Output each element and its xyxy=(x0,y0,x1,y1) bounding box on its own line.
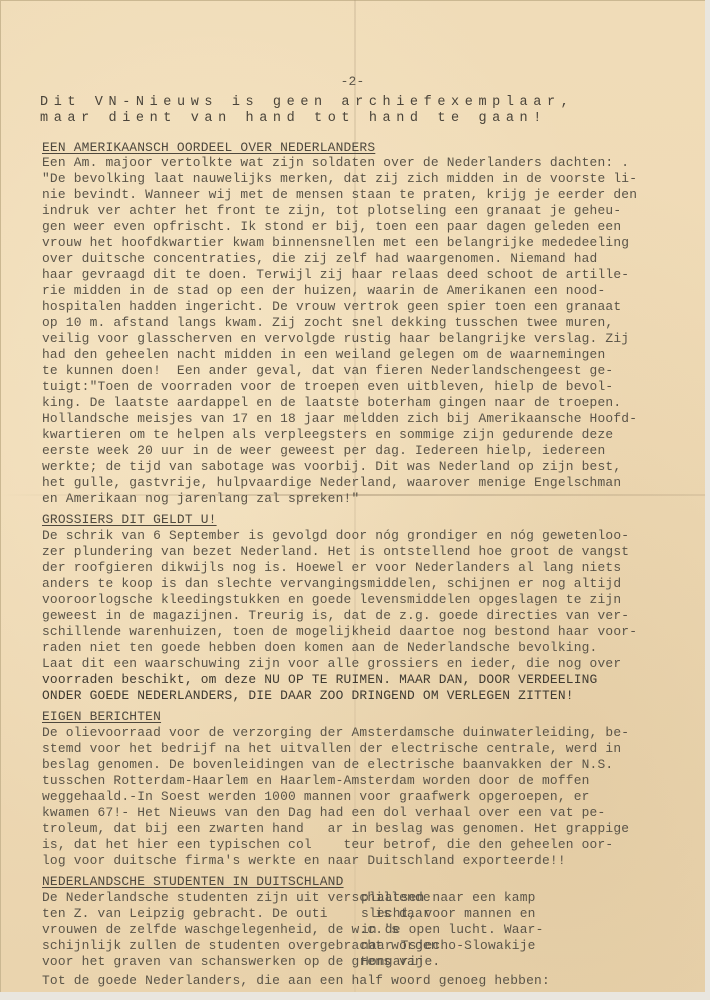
text-line: vrouwen de zelfde waschgelegenheid, de w… xyxy=(42,922,399,938)
section-heading-grossiers: GROSSIERS DIT GELDT U! xyxy=(42,512,217,528)
text-line: tusschen Rotterdam-Haarlem en Haarlem-Am… xyxy=(42,773,590,789)
text-line: gen weer even opfrischt. Ik stond er bij… xyxy=(42,219,621,235)
text-line: De schrik van 6 September is gevolgd doo… xyxy=(42,528,629,544)
text-line: beslag genomen. De bovenleidingen van de… xyxy=(42,757,613,773)
text-line: op 10 m. afstand langs kwam. Zij zocht s… xyxy=(42,315,613,331)
text-line: te kunnen doen! Een ander geval, dat van… xyxy=(42,363,613,379)
text-line: slecht, voor mannen en xyxy=(361,906,536,922)
text-line: voorraden beschikt, om deze NU OP TE RUI… xyxy=(42,672,598,688)
text-line: Hongarije. xyxy=(361,954,440,970)
text-line: indruk ver achter het front te zijn, tot… xyxy=(42,203,621,219)
text-line: ONDER GOEDE NEDERLANDERS, DIE DAAR ZOO D… xyxy=(42,688,574,704)
intro-line-1: Dit VN-Nieuws is geen archiefexemplaar, xyxy=(40,95,574,111)
text-line: troleum, dat bij een zwarten hand ar in … xyxy=(42,821,629,837)
text-line: veilig voor glasscherven en vervolgde ru… xyxy=(42,331,629,347)
text-line: log voor duitsche firma's werkte en naar… xyxy=(42,853,566,869)
text-line: eerste week 20 uur in de weer geweest pe… xyxy=(42,443,605,459)
text-line: en Amerikaan nog jarenlang zal spreken!" xyxy=(42,491,359,507)
text-line: over duitsche concentraties, die zij zel… xyxy=(42,251,598,267)
text-line: had den geheelen nacht midden in een wei… xyxy=(42,347,605,363)
text-line: raden niet ten goede hebben doen komen a… xyxy=(42,640,598,656)
text-line: nie bevindt. Wanneer wij met de mensen s… xyxy=(42,187,637,203)
text-line: rie midden in de stad op een der huizen,… xyxy=(42,283,605,299)
text-line: schillende warenhuizen, toen de mogelijk… xyxy=(42,624,637,640)
text-line: kwartieren om te helpen als verpleegster… xyxy=(42,427,613,443)
text-line: haar gevraagd dit te doen. Terwijl zij h… xyxy=(42,267,629,283)
text-line: anders te koop is dan slechte vervanging… xyxy=(42,576,621,592)
text-line: plaatsen naar een kamp xyxy=(361,890,536,906)
intro-line-2: maar dient van hand tot hand te gaan! xyxy=(40,111,547,127)
text-line: De olievoorraad voor de verzorging der A… xyxy=(42,725,629,741)
text-line: Hollandsche meisjes van 17 en 18 jaar me… xyxy=(42,411,637,427)
text-line: der roofgieren dikwijls nog is. Hoewel e… xyxy=(42,560,621,576)
text-line: is, dat het hier een typischen col teur … xyxy=(42,837,613,853)
text-line: werkte; de tijd van sabotage was voorbij… xyxy=(42,459,621,475)
text-line: geweest in de magazijnen. Treurig is, da… xyxy=(42,608,629,624)
text-line: Een Am. majoor vertolkte wat zijn soldat… xyxy=(42,155,629,171)
text-line: het gulle, gastvrije, hulpvaardige Neder… xyxy=(42,475,621,491)
section-heading-studenten: NEDERLANDSCHE STUDENTEN IN DUITSCHLAND xyxy=(42,874,344,890)
text-line: stemd voor het bedrijf na het uitvallen … xyxy=(42,741,621,757)
text-line: in de open lucht. Waar- xyxy=(361,922,544,938)
text-line: kwamen 67!- Het Nieuws van den Dag had e… xyxy=(42,805,605,821)
section-heading-amerikaansch-oordeel: EEN AMERIKAANSCH OORDEEL OVER NEDERLANDE… xyxy=(42,140,375,156)
text-line: "De bevolking laat nauwelijks merken, da… xyxy=(42,171,637,187)
text-line: vooroorlogsche kleedingstukken en goede … xyxy=(42,592,621,608)
text-line: zer plundering van bezet Nederland. Het … xyxy=(42,544,629,560)
text-line: Laat dit een waarschuwing zijn voor alle… xyxy=(42,656,621,672)
text-line: vrouw het hoofdkwartier kwam binnensnell… xyxy=(42,235,629,251)
closing-address: Tot de goede Nederlanders, die aan een h… xyxy=(42,973,550,989)
text-line: king. De laatste aardappel en de laatste… xyxy=(42,395,621,411)
text-line: naar Tsjecho-Slowakije xyxy=(361,938,536,954)
page-number: -2- xyxy=(0,74,705,90)
text-line: hospitalen hadden ingericht. De vrouw ve… xyxy=(42,299,621,315)
text-line: tuigt:"Toen de voorraden voor de troepen… xyxy=(42,379,613,395)
section-heading-eigen-berichten: EIGEN BERICHTEN xyxy=(42,709,161,725)
text-line: weggehaald.-In Soest werden 1000 mannen … xyxy=(42,789,590,805)
